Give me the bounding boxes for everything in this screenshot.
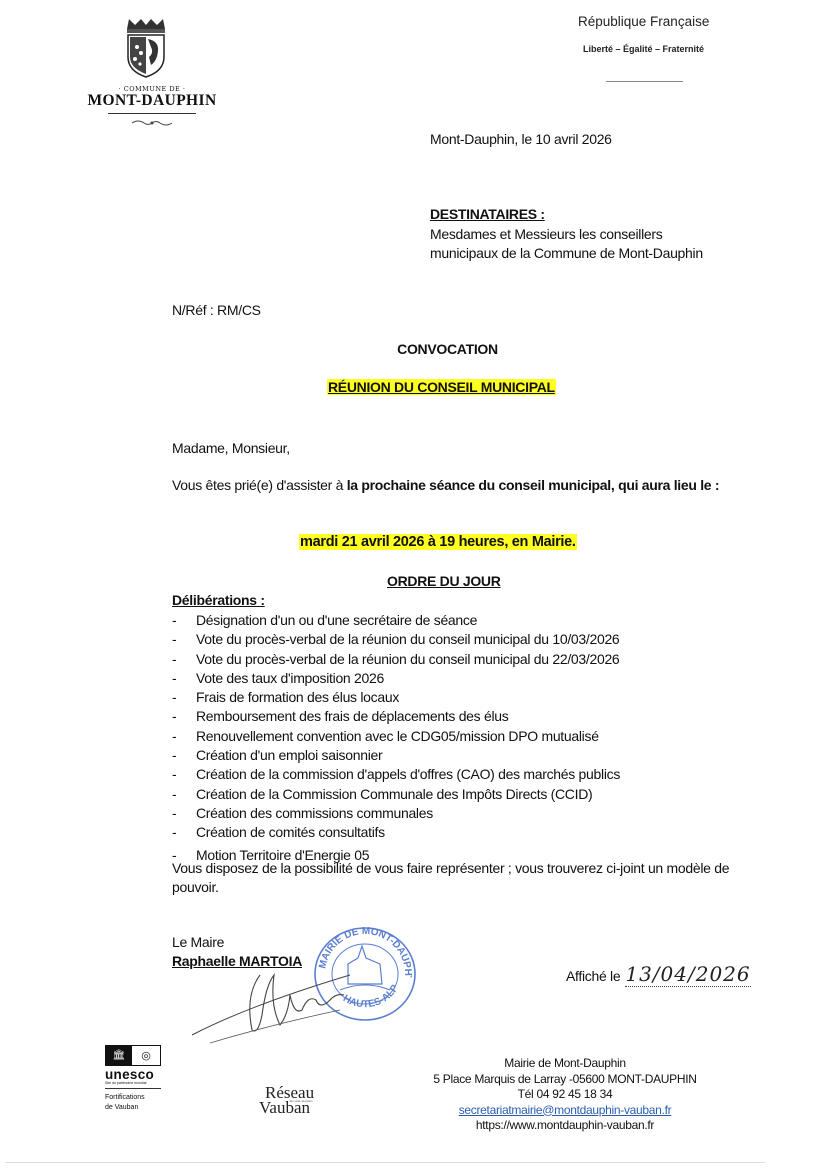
agenda-item: -Création de comités consultatifs	[172, 823, 620, 842]
agenda-item-text: Vote du procès-verbal de la réunion du c…	[196, 630, 619, 649]
intro-bold-text: la prochaine séance du conseil municipal…	[347, 477, 720, 493]
world-heritage-icon: ◎	[132, 1046, 160, 1065]
scan-edge	[5, 1162, 765, 1163]
deliberations-title: Délibérations :	[172, 592, 265, 608]
recipients-line: municipaux de la Commune de Mont-Dauphin	[430, 245, 703, 261]
salutation: Madame, Monsieur,	[172, 440, 290, 456]
bullet-dash: -	[172, 785, 196, 804]
agenda-item: -Remboursement des frais de déplacements…	[172, 707, 620, 726]
bullet-dash: -	[172, 669, 196, 688]
flourish-ornament-icon	[130, 114, 174, 122]
footer-email-link[interactable]: secretariatmairie@montdauphin-vauban.fr	[459, 1103, 672, 1117]
agenda-item-text: Création de comités consultatifs	[196, 823, 385, 842]
document-title: CONVOCATION	[0, 341, 826, 357]
unesco-logo: 🏛 ◎ unesco Site du patrimoine mondial Fo…	[105, 1045, 161, 1113]
unesco-fortifications: Fortifications	[105, 1093, 161, 1103]
bullet-dash: -	[172, 630, 196, 649]
bullet-dash: -	[172, 707, 196, 726]
agenda-item-text: Création des commissions communales	[196, 804, 433, 823]
agenda-item: -Création d'un emploi saisonnier	[172, 746, 620, 765]
commune-crest-logo	[121, 17, 171, 79]
intro-paragraph: Vous êtes prié(e) d'assister à la procha…	[172, 476, 732, 495]
intro-text: Vous êtes prié(e) d'assister à	[172, 477, 347, 493]
agenda-item-text: Désignation d'un ou d'une secrétaire de …	[196, 611, 477, 630]
posted-notice: Affiché le 13/04/2026	[566, 962, 751, 987]
unesco-vauban: de Vauban	[105, 1103, 161, 1113]
agenda-title: ORDRE DU JOUR	[387, 573, 501, 589]
divider	[105, 1088, 161, 1089]
footer-website[interactable]: https://www.montdauphin-vauban.fr	[400, 1118, 730, 1134]
agenda-item-text: Vote du procès-verbal de la réunion du c…	[196, 650, 619, 669]
bullet-dash: -	[172, 611, 196, 630]
agenda-item: -Renouvellement convention avec le CDG05…	[172, 727, 620, 746]
agenda-list: -Désignation d'un ou d'une secrétaire de…	[172, 611, 620, 865]
bullet-dash: -	[172, 746, 196, 765]
agenda-item: -Création des commissions communales	[172, 804, 620, 823]
agenda-item-text: Remboursement des frais de déplacements …	[196, 707, 508, 726]
handwritten-signature	[190, 955, 355, 1045]
meeting-datetime: mardi 21 avril 2026 à 19 heures, en Mair…	[299, 534, 577, 550]
bullet-dash: -	[172, 688, 196, 707]
republic-title: République Française	[578, 14, 709, 29]
agenda-item-text: Création de la Commission Communale des …	[196, 785, 592, 804]
posted-date: 13/04/2026	[625, 962, 750, 987]
agenda-item: -Vote des taux d'imposition 2026	[172, 669, 620, 688]
reseau-tagline: des sites majeurs	[289, 1099, 313, 1103]
bullet-dash: -	[172, 804, 196, 823]
signature-icon	[190, 955, 355, 1045]
svg-text:*: *	[410, 975, 413, 982]
unesco-temple-icon: 🏛	[106, 1046, 132, 1065]
commune-name: MONT-DAUPHIN	[78, 92, 226, 110]
signer-role: Le Maire	[172, 934, 224, 950]
bullet-dash: -	[172, 765, 196, 784]
footer-phone: Tél 04 92 45 18 34	[400, 1087, 730, 1103]
proxy-paragraph: Vous disposez de la possibilité de vous …	[172, 859, 732, 897]
agenda-item: -Création de la Commission Communale des…	[172, 785, 620, 804]
agenda-item: -Création de la commission d'appels d'of…	[172, 765, 620, 784]
agenda-item: -Vote du procès-verbal de la réunion du …	[172, 650, 620, 669]
agenda-item: -Désignation d'un ou d'une secrétaire de…	[172, 611, 620, 630]
agenda-item-text: Création d'un emploi saisonnier	[196, 746, 382, 765]
recipients-title: DESTINATAIRES :	[430, 206, 545, 222]
agenda-item-text: Renouvellement convention avec le CDG05/…	[196, 727, 599, 746]
bullet-dash: -	[172, 650, 196, 669]
bullet-dash: -	[172, 727, 196, 746]
reference: N/Réf : RM/CS	[172, 302, 261, 318]
agenda-item: -Frais de formation des élus locaux	[172, 688, 620, 707]
footer-org: Mairie de Mont-Dauphin	[400, 1056, 730, 1072]
republic-motto: Liberté – Égalité – Fraternité	[583, 44, 704, 54]
document-subtitle: RÉUNION DU CONSEIL MUNICIPAL	[327, 379, 556, 395]
crest-icon	[121, 17, 171, 79]
agenda-item-text: Création de la commission d'appels d'off…	[196, 765, 620, 784]
agenda-item-text: Frais de formation des élus locaux	[196, 688, 399, 707]
recipients-line: Mesdames et Messieurs les conseillers	[430, 226, 662, 242]
unesco-wordmark: unesco	[105, 1068, 161, 1081]
agenda-item-text: Vote des taux d'imposition 2026	[196, 669, 384, 688]
agenda-item: -Vote du procès-verbal de la réunion du …	[172, 630, 620, 649]
bullet-dash: -	[172, 823, 196, 842]
footer-street: 5 Place Marquis de Larray -05600 MONT-DA…	[400, 1072, 730, 1088]
posted-label: Affiché le	[566, 968, 620, 984]
footer-address: Mairie de Mont-Dauphin 5 Place Marquis d…	[400, 1056, 730, 1134]
place-date: Mont-Dauphin, le 10 avril 2026	[430, 131, 612, 147]
reseau-vauban-logo: Réseau des sites majeurs Vauban	[259, 1085, 314, 1115]
divider	[606, 81, 683, 82]
